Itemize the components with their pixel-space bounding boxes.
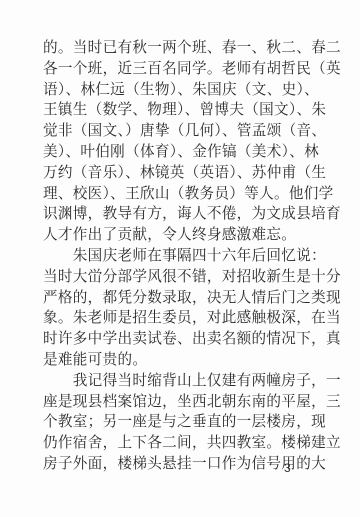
text-line: 语）、林仁远（生物）、朱国庆（文、史）、 [43,80,315,101]
text-line: 房子外面，楼梯头悬挂一口作为信号用的大 [43,454,315,475]
text-line: 万约（音乐）、林镜英（英语）、苏仲甫（生 [43,163,315,184]
page-number: 3 [284,461,291,475]
text-line: 当时大峃分部学风很不错，对招收新生是十分 [43,267,315,288]
text-line: 时许多中学出卖试卷、出卖名额的情况下，真 [43,329,315,350]
body-text: 的。当时已有秋一两个班、春一、秋二、春二 各一个班，近三百名同学。老师有胡哲民（… [43,38,315,475]
text-line: 严格的，都凭分数录取，决无人情后门之类现 [43,288,315,309]
document-page: 的。当时已有秋一两个班、春一、秋二、春二 各一个班，近三百名同学。老师有胡哲民（… [0,0,360,517]
text-line: 仍作宿舍，上下各二间，共四教室。楼梯建立 [43,433,315,454]
text-line: 各一个班，近三百名同学。老师有胡哲民（英 [43,59,315,80]
text-line: 觉非（国文、）唐挚（几何）、管孟颂（音、 [43,121,315,142]
text-line: 王镇生（数学、物理）、曾博夫（国文）、朱 [43,100,315,121]
text-line: 象。朱老师是招生委员，对此感触极深，在当 [43,308,315,329]
text-line: 美）、叶伯刚（体育）、金作镐（美术）、林 [43,142,315,163]
text-line: 理、校医）、王欣山（教务员）等人。他们学 [43,184,315,205]
text-line: 朱国庆老师在事隔四十六年后回忆说： [43,246,315,267]
text-line: 是难能可贵的。 [43,350,315,371]
text-line: 识渊博，教导有方，诲人不倦，为文成县培育 [43,204,315,225]
text-line: 座是现县档案馆边，坐西北朝东南的平屋，三 [43,392,315,413]
text-line: 人才作出了贡献，令人终身感激难忘。 [43,225,315,246]
text-line: 我记得当时缩背山上仅建有两幢房子，一 [43,371,315,392]
text-line: 个教室；另一座是与之垂直的一层楼房，现 [43,412,315,433]
text-line: 的。当时已有秋一两个班、春一、秋二、春二 [43,38,315,59]
